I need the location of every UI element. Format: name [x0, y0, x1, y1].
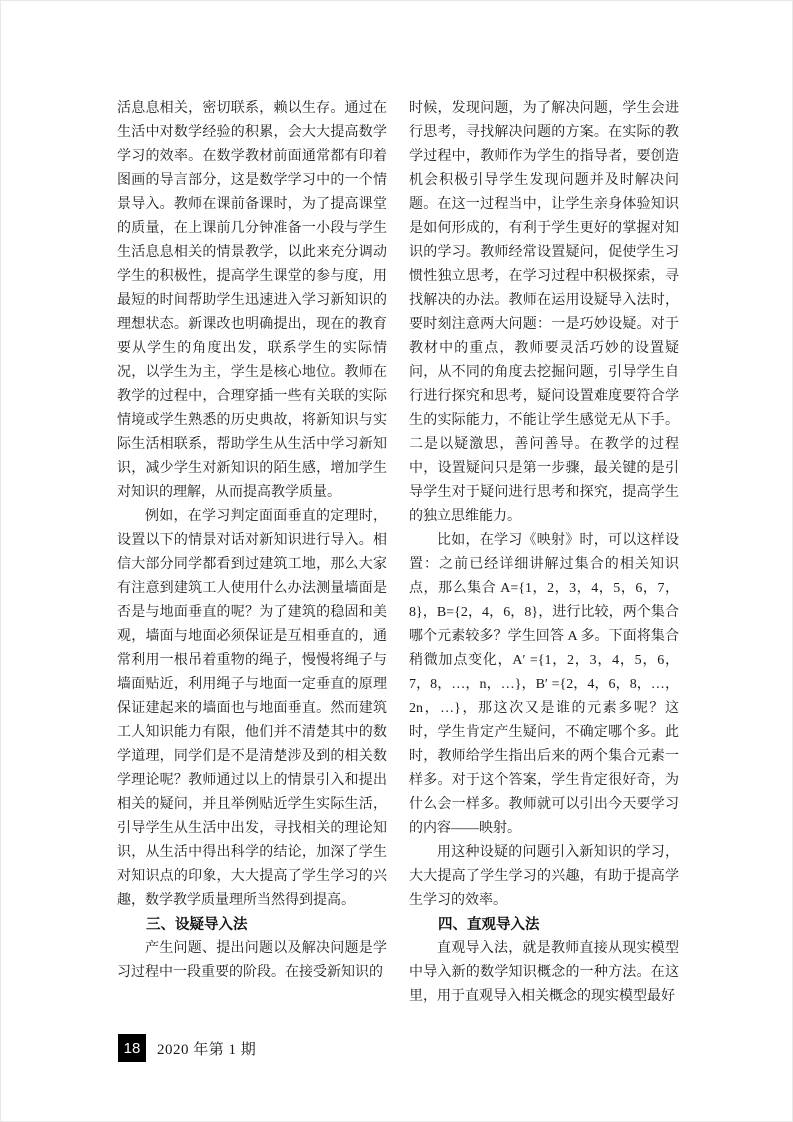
left-column: 活息息相关，密切联系，赖以生存。通过在生活中对数学经验的积累，会大大提高数学学习…	[117, 97, 387, 985]
section-heading: 四、直观导入法	[409, 913, 679, 937]
body-paragraph: 例如，在学习判定面面垂直的定理时，设置以下的情景对话对新知识进行导入。相信大部分…	[117, 505, 387, 913]
body-paragraph: 活息息相关，密切联系，赖以生存。通过在生活中对数学经验的积累，会大大提高数学学习…	[117, 97, 387, 505]
journal-page: 活息息相关，密切联系，赖以生存。通过在生活中对数学经验的积累，会大大提高数学学习…	[0, 0, 793, 1122]
right-column: 时候，发现问题，为了解决问题，学生会进行思考，寻找解决问题的方案。在实际的教学过…	[409, 97, 679, 1009]
body-paragraph: 产生问题、提出问题以及解决问题是学习过程中一段重要的阶段。在接受新知识的	[117, 937, 387, 985]
body-paragraph: 直观导入法，就是教师直接从现实模型中导入新的数学知识概念的一种方法。在这里，用于…	[409, 937, 679, 1009]
body-paragraph: 比如，在学习《映射》时，可以这样设置：之前已经详细讲解过集合的相关知识点，那么集…	[409, 529, 679, 841]
body-paragraph: 时候，发现问题，为了解决问题，学生会进行思考，寻找解决问题的方案。在实际的教学过…	[409, 97, 679, 529]
page-footer: 18 2020 年第 1 期	[118, 1034, 256, 1062]
page-number-badge: 18	[118, 1034, 146, 1062]
body-paragraph: 用这种设疑的问题引入新知识的学习，大大提高了学生学习的兴趣，有助于提高学生学习的…	[409, 841, 679, 913]
issue-label: 2020 年第 1 期	[157, 1038, 256, 1059]
section-heading: 三、设疑导入法	[117, 913, 387, 937]
